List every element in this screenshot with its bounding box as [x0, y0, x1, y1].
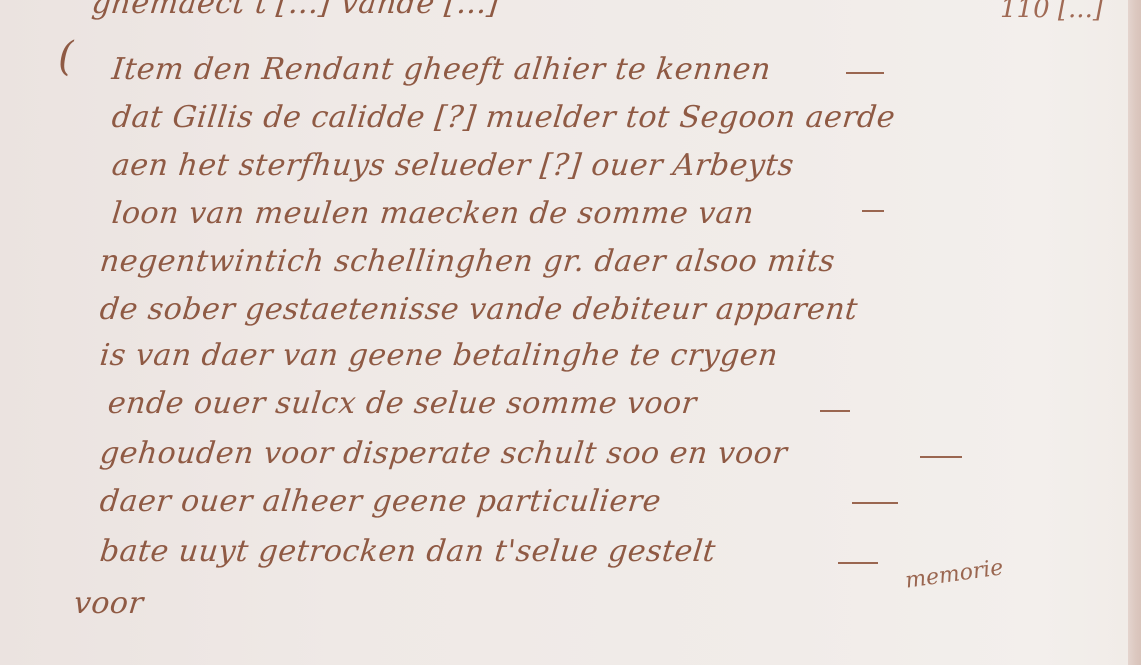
manuscript-line: voor [72, 586, 145, 621]
manuscript-page: ghemaect t'[...] vande [...] 110 [...] (… [0, 0, 1128, 665]
margin-note: memorie [904, 555, 1005, 593]
line-filler-dash [852, 502, 898, 504]
left-bracket-mark: ( [58, 34, 74, 80]
manuscript-line: negentwintich schellinghen gr. daer also… [98, 244, 837, 279]
manuscript-line: Item den Rendant gheeft alhier te kennen [110, 52, 773, 87]
manuscript-line: ende ouer sulcx de selue somme voor [106, 386, 698, 421]
line-filler-dash [820, 410, 850, 412]
manuscript-line: gehouden voor disperate schult soo en vo… [98, 436, 789, 471]
top-fragment-line: ghemaect t'[...] vande [...] [90, 0, 501, 21]
manuscript-line: loon van meulen maecken de somme van [110, 196, 756, 231]
folio-mark: 110 [...] [1000, 0, 1103, 24]
line-filler-dash [838, 562, 878, 564]
line-filler-dash [920, 456, 962, 458]
manuscript-line: is van daer van geene betalinghe te cryg… [98, 338, 780, 373]
manuscript-line: daer ouer alheer geene particuliere [98, 484, 663, 519]
manuscript-line: dat Gillis de calidde [?] muelder tot Se… [110, 100, 897, 135]
line-filler-dash [846, 72, 884, 74]
line-filler-dash [862, 210, 884, 212]
manuscript-line: bate uuyt getrocken dan t'selue gestelt [98, 534, 717, 569]
manuscript-line: aen het sterfhuys selueder [?] ouer Arbe… [110, 148, 796, 183]
page-edge [1128, 0, 1141, 665]
manuscript-line: de sober gestaetenisse vande debiteur ap… [98, 292, 859, 327]
